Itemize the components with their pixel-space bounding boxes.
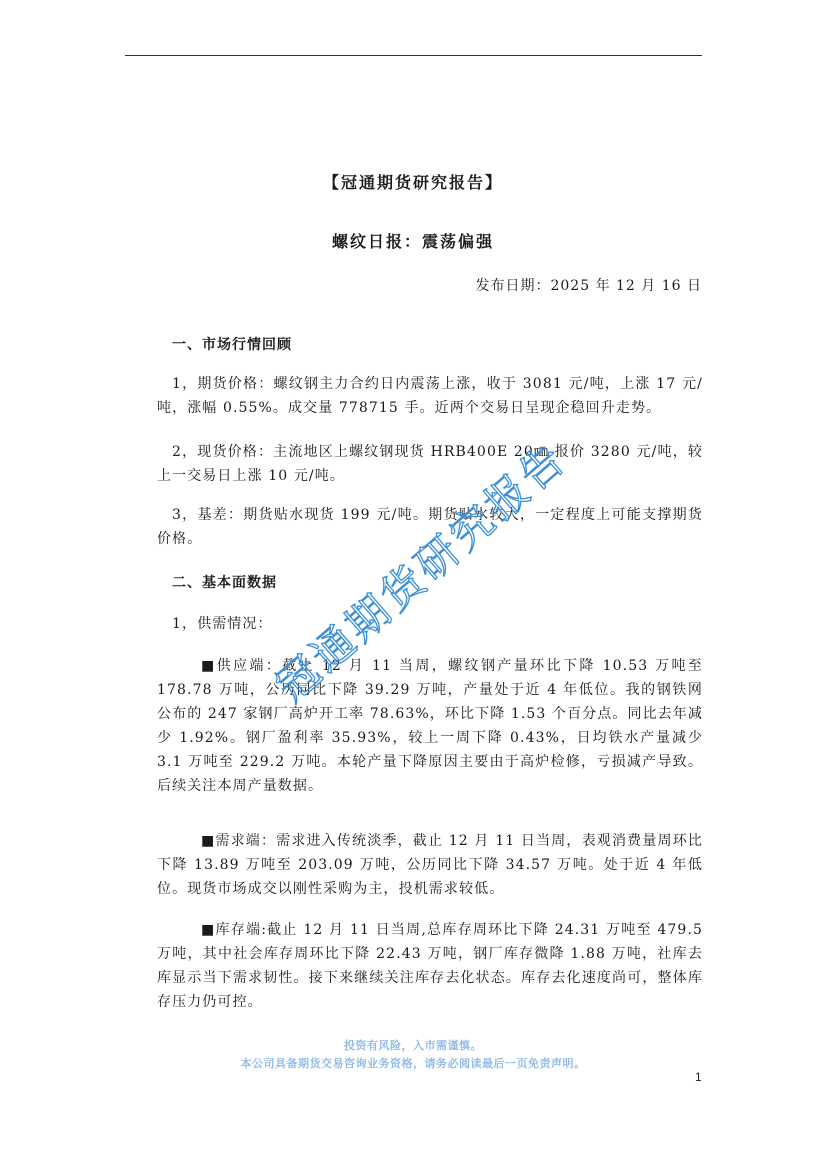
footer-disclaimer: 本公司具备期货交易咨询业务资格，请务必阅读最后一页免责声明。 [0,1055,826,1071]
paragraph-demand-side: ■需求端：需求进入传统淡季，截止 12 月 11 日当周，表观消费量周环比下降 … [157,829,703,901]
header-divider [125,55,702,56]
paragraph-futures-price: 1，期货价格：螺纹钢主力合约日内震荡上涨，收于 3081 元/吨，上涨 17 元… [157,372,703,420]
org-report-title: 【冠通期货研究报告】 [0,170,826,193]
paragraph-supply-side: ■供应端：截止 12 月 11 当周，螺纹钢产量环比下降 10.53 万吨至 1… [157,654,703,798]
page-number: 1 [695,1070,702,1084]
subheading-supply-demand: 1，供需情况： [157,612,703,636]
paragraph-basis: 3，基差：期货贴水现货 199 元/吨。期货贴水较大，一定程度上可能支撑期货价格… [157,503,703,551]
paragraph-spot-price: 2，现货价格：主流地区上螺纹钢现货 HRB400E 20㎜ 报价 3280 元/… [157,440,703,488]
publish-date: 发布日期：2025 年 12 月 16 日 [475,275,702,295]
report-title: 螺纹日报：震荡偏强 [0,229,826,252]
footer-risk-notice: 投资有风险，入市需谨慎。 [0,1037,826,1053]
document-page: 【冠通期货研究报告】 螺纹日报：震荡偏强 发布日期：2025 年 12 月 16… [0,0,826,1169]
section-heading-fundamentals: 二、基本面数据 [172,572,277,592]
paragraph-inventory-side: ■库存端:截止 12 月 11 日当周,总库存周环比下降 24.31 万吨至 4… [157,918,703,1014]
section-heading-market-review: 一、市场行情回顾 [172,334,292,354]
